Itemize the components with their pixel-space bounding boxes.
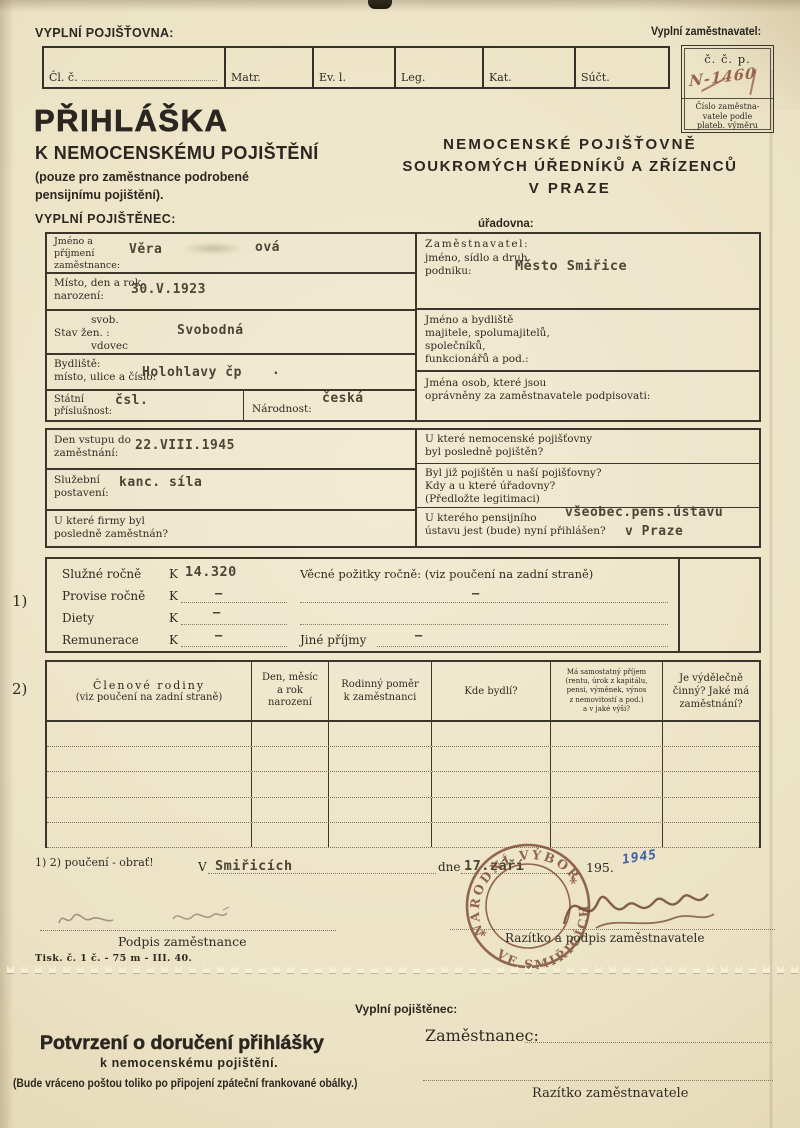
personal-data-right-column: Zaměstnavatel: jméno, sídlo a druh podni… xyxy=(417,234,759,420)
header-cell-label: Leg. xyxy=(401,71,425,84)
residence-value: Holohlavy čp xyxy=(142,365,242,380)
commission-dash: – xyxy=(215,586,223,600)
header-cell-leg: Leg. xyxy=(394,48,482,87)
scan-edge-shadow-left xyxy=(0,0,14,1128)
employment-data-table: Den vstupu do zaměstnání: 22.VIII.1945 S… xyxy=(45,428,761,548)
header-cell-matr: Matr. xyxy=(224,48,312,87)
nationality-cell: Národnost: česká xyxy=(244,391,415,420)
row-last-firm: U které firmy byl posledně zaměstnán? xyxy=(47,511,415,546)
row-birth: Místo, den a rok narození: 30.V.1923 xyxy=(47,274,415,311)
birth-value: 30.V.1923 xyxy=(131,282,206,297)
family-cell xyxy=(329,747,432,771)
slip-stamp-label: Razítko zaměstnavatele xyxy=(532,1086,688,1101)
slip-stamp-dotted xyxy=(423,1066,773,1081)
citizenship-value: čsl. xyxy=(115,393,148,408)
income-row-salary: Služné ročně K 14.320 Věcné požitky ročn… xyxy=(47,564,763,585)
employee-signature-line xyxy=(40,916,336,931)
family-cell xyxy=(551,798,663,822)
remuneration-label: Remunerace xyxy=(62,633,139,647)
insurer-header-table: Čl. č. Matr. Ev. l. Leg. Kat. Súčt. xyxy=(42,46,670,89)
diets-k: K xyxy=(169,611,178,625)
family-cell xyxy=(252,772,329,796)
personal-data-left-column: Jméno a příjmení zaměstnance: Věra ová M… xyxy=(47,234,417,420)
family-header-own-income: Má samostatný příjem (rentu, úrok z kapi… xyxy=(551,662,663,720)
commission-right-dash: – xyxy=(472,586,480,600)
family-cell xyxy=(252,722,329,746)
income-row-diets: Diety K – xyxy=(47,608,763,629)
row-pension-institute: U kterého pensijního ústavu jest (bude) … xyxy=(417,508,759,546)
signers-label: Jména osob, které jsou oprávněny za zamě… xyxy=(417,372,759,403)
family-cell xyxy=(329,722,432,746)
family-cell xyxy=(432,798,551,822)
perforation-line xyxy=(0,964,800,973)
insurer-name-line3: V PRAZE xyxy=(360,180,780,197)
family-empty-row xyxy=(47,798,759,823)
employer-label-head: Zaměstnavatel: xyxy=(417,234,759,251)
form-title: PŘIHLÁŠKA xyxy=(34,103,228,139)
family-cell xyxy=(663,823,759,847)
status-label-main: Stav žen. : xyxy=(54,327,110,340)
fill-insurer-heading: VYPLNÍ POJIŠŤOVNA: xyxy=(35,26,174,40)
print-reference: Tisk. č. 1 č. - 75 m - III. 40. xyxy=(35,953,192,964)
ccp-label: č. č. p. xyxy=(682,52,773,66)
family-cell xyxy=(47,722,252,746)
header-cell-ev-l: Ev. l. xyxy=(312,48,394,87)
family-cell xyxy=(47,772,252,796)
employer-signature-line xyxy=(450,915,775,930)
position-label: Služební postavení: xyxy=(47,470,415,500)
year-handwritten: 1945 xyxy=(621,847,658,867)
income-box: Služné ročně K 14.320 Věcné požitky ročn… xyxy=(45,557,761,653)
slip-employee-line: Zaměstnanec: xyxy=(425,1026,775,1046)
row-name: Jméno a příjmení zaměstnance: Věra ová xyxy=(47,234,415,274)
other-income-dash: – xyxy=(415,628,423,642)
family-header-relation: Rodinný poměr k zaměstnanci xyxy=(329,662,432,720)
section1-marker: 1) xyxy=(12,592,27,610)
header-cell-label: Súčt. xyxy=(581,71,610,84)
pension-institute-value2: v Praze xyxy=(625,524,683,539)
header-cell-cl-c: Čl. č. xyxy=(44,48,224,87)
family-cell xyxy=(47,823,252,847)
family-header-residence: Kde bydlí? xyxy=(432,662,551,720)
row-birth-label: Místo, den a rok narození: xyxy=(47,274,415,303)
slip-subtitle: k nemocenskému pojištění. xyxy=(100,1056,278,1070)
family-cell xyxy=(432,722,551,746)
family-header-members: Členové rodiny (viz poučení na zadní str… xyxy=(47,662,252,720)
row-owners: Jméno a bydliště majitele, spolumajitelů… xyxy=(417,310,759,371)
employment-left-column: Den vstupu do zaměstnání: 22.VIII.1945 S… xyxy=(47,430,417,546)
family-empty-row xyxy=(47,722,759,747)
remuneration-dotted-line xyxy=(181,630,287,647)
name-first-value: Věra xyxy=(129,242,162,257)
position-value: kanc. síla xyxy=(119,475,202,490)
commission-label: Provise ročně xyxy=(62,589,145,603)
row-prior-insurance: Byl již pojištěn u naší pojišťovny? Kdy … xyxy=(417,464,759,509)
family-cell xyxy=(329,823,432,847)
slip-note: (Bude vráceno poštou toliko po připojení… xyxy=(13,1076,357,1090)
diets-dash: – xyxy=(213,605,221,619)
diets-label: Diety xyxy=(62,611,94,625)
family-cell xyxy=(551,772,663,796)
fill-insured-heading: VYPLNÍ POJIŠTĚNEC: xyxy=(35,212,176,226)
insurer-name-line1: NEMOCENSKÉ POJIŠŤOVNĚ xyxy=(360,136,780,153)
commission-right-dotted xyxy=(300,586,668,603)
scanned-form-page: VYPLNÍ POJIŠŤOVNA: Čl. č. Matr. Ev. l. L… xyxy=(0,0,800,1128)
slip-fill-heading: Vyplní pojištěnec: xyxy=(355,1002,457,1016)
slip-title: Potvrzení o doručení přihlášky xyxy=(40,1032,324,1055)
status-label-vdovec: vdovec xyxy=(91,340,128,353)
employer-number-note: Číslo zaměstna- vatele podle plateb. vým… xyxy=(682,98,773,131)
employer-number-box: č. č. p. N-1460 Číslo zaměstna- vatele p… xyxy=(681,45,774,133)
family-cell xyxy=(551,747,663,771)
family-header-employed: Je výdělečně činný? Jaké má zaměstnání? xyxy=(663,662,759,720)
row-last-insurer: U které nemocenské pojišťovny byl posled… xyxy=(417,430,759,464)
section2-marker: 2) xyxy=(12,680,27,698)
family-cell xyxy=(663,722,759,746)
fill-employer-heading: Vyplní zaměstnavatel: xyxy=(651,26,761,38)
diets-dotted-line xyxy=(181,608,287,625)
erased-surname-smudge xyxy=(182,242,244,255)
family-cell xyxy=(432,772,551,796)
place-dotted-line xyxy=(208,858,436,874)
salary-value: 14.320 xyxy=(185,564,237,580)
nationality-value: česká xyxy=(322,391,364,406)
last-insurer-label: U které nemocenské pojišťovny byl posled… xyxy=(417,430,759,459)
family-cell xyxy=(47,798,252,822)
header-cell-kat: Kat. xyxy=(482,48,574,87)
slip-employee-dotted xyxy=(525,1026,772,1043)
instruction-note: 1) 2) poučení - obrať! xyxy=(35,856,154,869)
personal-data-table: Jméno a příjmení zaměstnance: Věra ová M… xyxy=(45,232,761,422)
slip-employee-label: Zaměstnanec: xyxy=(425,1026,539,1045)
family-cell xyxy=(252,823,329,847)
family-cell xyxy=(663,798,759,822)
row-citizenship: Státní příslušnost: čsl. Národnost: česk… xyxy=(47,391,415,420)
insurer-name-block: NEMOCENSKÉ POJIŠŤOVNĚ SOUKROMÝCH ÚŘEDNÍK… xyxy=(360,136,780,197)
form-subtitle: K NEMOCENSKÉMU POJIŠTĚNÍ xyxy=(35,143,319,164)
commission-dotted-line xyxy=(181,586,287,603)
family-cell xyxy=(47,747,252,771)
family-cell xyxy=(329,772,432,796)
family-empty-row xyxy=(47,747,759,772)
header-cell-label: Ev. l. xyxy=(319,71,346,84)
row-entry-date: Den vstupu do zaměstnání: 22.VIII.1945 xyxy=(47,430,415,470)
entry-date-value: 22.VIII.1945 xyxy=(135,438,235,453)
dotted-line xyxy=(82,70,217,81)
diets-right-dotted xyxy=(300,608,668,625)
commission-k: K xyxy=(169,589,178,603)
header-cell-label: Kat. xyxy=(489,71,512,84)
row-employer: Zaměstnavatel: jméno, sídlo a druh podni… xyxy=(417,234,759,310)
row-signers: Jména osob, které jsou oprávněny za zamě… xyxy=(417,372,759,420)
remuneration-k: K xyxy=(169,633,178,647)
family-empty-row xyxy=(47,823,759,848)
citizenship-cell: Státní příslušnost: čsl. xyxy=(47,391,244,420)
nationality-label: Národnost: xyxy=(252,403,312,416)
income-row-remuneration: Remunerace K – Jiné příjmy – xyxy=(47,630,763,651)
family-cell xyxy=(551,722,663,746)
branch-office-label: úřadovna: xyxy=(478,218,534,230)
header-cell-suct: Súčt. xyxy=(574,48,668,87)
family-cell xyxy=(252,747,329,771)
family-empty-row xyxy=(47,772,759,797)
row-position: Služební postavení: kanc. síla xyxy=(47,470,415,510)
income-row-commission: Provise ročně K – – xyxy=(47,586,763,607)
header-cell-label: Čl. č. xyxy=(49,71,78,84)
salary-k: K xyxy=(169,567,178,581)
prior-insurance-label: Byl již pojištěn u naší pojišťovny? Kdy … xyxy=(417,464,759,506)
residence-value-dot: . xyxy=(272,363,280,378)
family-cell xyxy=(252,798,329,822)
family-cell xyxy=(663,747,759,771)
pension-institute-value1: všeobec.pens.ústavu xyxy=(565,505,723,520)
remuneration-dash: – xyxy=(215,628,223,642)
place-prefix: V xyxy=(198,860,207,874)
family-table-header-row: Členové rodiny (viz poučení na zadní str… xyxy=(47,662,759,722)
last-firm-label: U které firmy byl posledně zaměstnán? xyxy=(47,511,415,541)
insurer-name-line2: SOUKROMÝCH ÚŘEDNÍKŮ A ZŘÍZENCŮ xyxy=(360,158,780,175)
employer-signature-label: Razítko a podpis zaměstnavatele xyxy=(505,931,704,945)
row-residence: Bydliště: místo, ulice a číslo: Holohlav… xyxy=(47,355,415,390)
name-suffix-value: ová xyxy=(255,240,280,255)
family-cell xyxy=(663,772,759,796)
family-header-members-line1: Členové rodiny xyxy=(93,679,205,692)
header-cell-label: Matr. xyxy=(231,71,261,84)
owners-label: Jméno a bydliště majitele, spolumajitelů… xyxy=(417,310,759,366)
row-status: svob. Stav žen. : vdovec Svobodná xyxy=(47,311,415,355)
employment-right-column: U které nemocenské pojišťovny byl posled… xyxy=(417,430,759,546)
family-header-members-line2: (viz poučení na zadní straně) xyxy=(76,692,223,703)
status-value: Svobodná xyxy=(177,323,244,338)
status-label-svob: svob. xyxy=(91,314,119,327)
employer-value: Město Smiřice xyxy=(515,258,627,274)
family-members-table: Členové rodiny (viz poučení na zadní str… xyxy=(45,660,761,848)
employee-signature-label: Podpis zaměstnance xyxy=(118,934,247,949)
family-cell xyxy=(329,798,432,822)
family-header-birthdate: Den, měsíc a rok narození xyxy=(252,662,329,720)
benefits-label: Věcné požitky ročně: (viz poučení na zad… xyxy=(300,567,593,581)
salary-label: Služné ročně xyxy=(62,567,141,581)
form-title-note: (pouze pro zaměstnance podrobené pensijn… xyxy=(35,168,249,204)
other-income-label: Jiné příjmy xyxy=(300,633,366,647)
family-cell xyxy=(432,747,551,771)
